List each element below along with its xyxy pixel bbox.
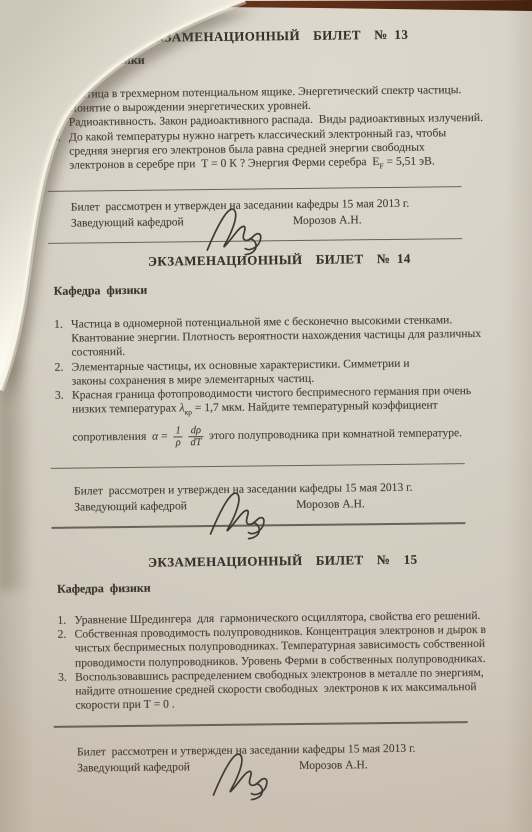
photographed-exam-document: ЭКЗАМЕНАЦИОННЫЙ БИЛЕТ № 13Кафедра физики… [0,0,532,832]
page-curl-icon [0,0,532,832]
